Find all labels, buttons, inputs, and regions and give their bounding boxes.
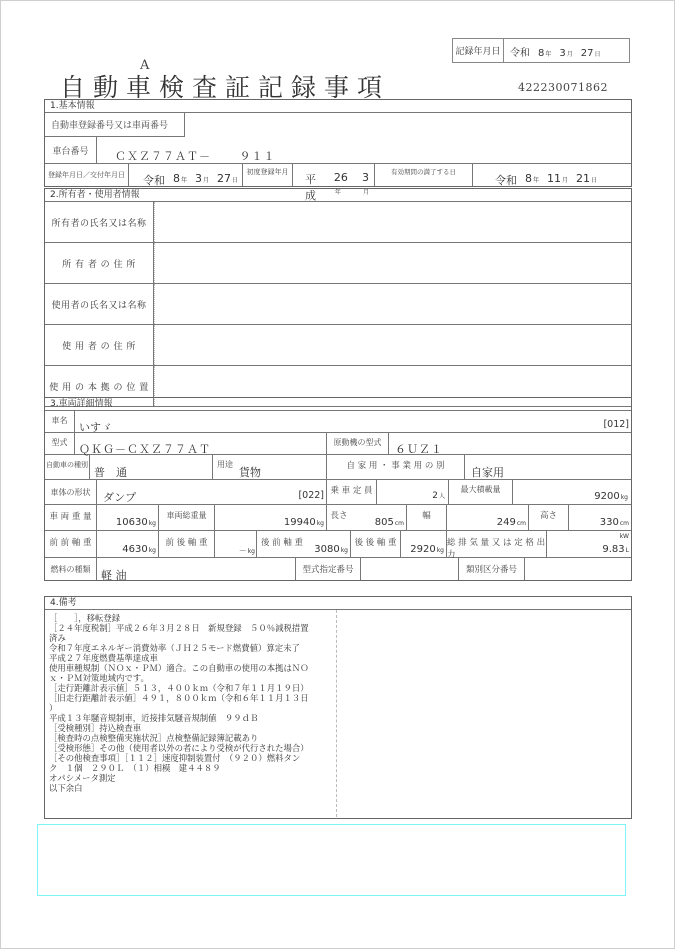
- vehicle-type-row: 自動車の種別 普 通 用途 貨物 自 家 用 ・ 事 業 用 の 別 自家用: [45, 455, 631, 480]
- record-date-label: 記録年月日: [453, 39, 504, 62]
- type-designation-label: 型式指定番号: [295, 558, 361, 580]
- owner-user-label: 所 有 者 の 住 所: [45, 243, 154, 283]
- purpose-label: 用途: [213, 455, 237, 479]
- fr-axle-label: 前 後 軸 重: [159, 531, 215, 557]
- vehicle-weight-value: 10630kg: [97, 505, 159, 530]
- owner-user-label: 使用者の氏名又は名称: [45, 284, 154, 324]
- remarks-line: ［２４年度税制］平成２６年３月２８日 新規登録 ５０％減税措置: [49, 623, 332, 633]
- ff-axle-value: 4630kg: [97, 531, 159, 557]
- remarks-line: ［検査時の点検整備実施状況］点検整備記録簿記載あり: [49, 733, 332, 743]
- first-registration-value: 平成 26年 3月: [293, 164, 375, 186]
- vehicle-type-value: 普 通: [90, 455, 213, 479]
- fuel-row: 燃料の種類 軽 油 型式指定番号 類別区分番号: [45, 558, 631, 580]
- length-label: 長さ: [327, 505, 351, 530]
- remarks-line: 以下余白: [49, 783, 332, 793]
- remarks-line: 済み: [49, 633, 332, 643]
- owner-user-row: 使用者の氏名又は名称: [45, 284, 631, 325]
- remarks-line: オパシメータ測定: [49, 773, 332, 783]
- section-heading: 1.基本情報: [45, 100, 631, 113]
- type-designation-value: [361, 558, 459, 580]
- width-value: 249cm: [447, 505, 529, 530]
- fuel-type-value: 軽 油: [97, 558, 295, 580]
- selection-box: [37, 824, 626, 896]
- rf-axle-label: 後 前 軸 重: [257, 531, 307, 557]
- remarks-line: 使用車種規制（ＮＯｘ・ＰＭ）適合。この自動車の使用の本拠はＮＯ: [49, 663, 332, 673]
- chassis-number-value: ＣＸＺ７７ＡＴ－ ９１１: [97, 137, 631, 163]
- engine-model-value: ６ＵＺ１: [389, 433, 631, 454]
- body-shape-row: 車体の形状 ダンプ [022] 乗 車 定 員 2人 最大積載量 9200kg: [45, 480, 631, 505]
- weight-dimensions-row: 車 両 重 量 10630kg 車両総重量 19940kg 長さ 805cm 幅…: [45, 505, 631, 531]
- vehicle-weight-label: 車 両 重 量: [45, 505, 97, 530]
- registration-date-label: 登録年月日／交付年月日: [45, 164, 129, 186]
- displacement-label: 総 排 気 量 又 は 定 格 出 力: [447, 531, 547, 557]
- owner-user-value: [154, 284, 631, 324]
- registration-number-label: 自動車登録番号又は車両番号: [45, 113, 185, 137]
- section-remarks: 4.備考 ［ ］，移転登録［２４年度税制］平成２６年３月２８日 新規登録 ５０％…: [44, 596, 632, 819]
- remarks-line: ［受検形態］その他（使用者以外の者により受検が代行された場合）: [49, 743, 332, 753]
- remarks-line: 令和７年度エネルギー消費効率（ＪＨ２５モード燃費値）算定未了: [49, 643, 332, 653]
- owner-user-row: 使 用 者 の 住 所: [45, 325, 631, 366]
- remarks-line: ［旧走行距離計表示値］４９１，８００ｋｍ（令和６年１１月１３日: [49, 693, 332, 703]
- car-name-value: いすゞ [012]: [75, 411, 631, 432]
- fr-axle-value: －kg: [215, 531, 257, 557]
- remarks-line: ）: [49, 703, 332, 713]
- purpose-value: 貨物: [237, 455, 327, 479]
- dates-row: 登録年月日／交付年月日 令和 8年 3月 27日 初度登録年月 平成 26年 3…: [45, 164, 631, 186]
- expiry-date-value: 令和 8年 11月 21日: [473, 164, 631, 186]
- first-registration-label: 初度登録年月: [243, 164, 293, 186]
- owner-user-row: 所有者の氏名又は名称: [45, 202, 631, 243]
- remarks-line: ［その他検査事項］［１１２］速度抑制装置付 （９２０）燃料タン: [49, 753, 332, 763]
- registration-number-value: [185, 113, 631, 137]
- chassis-number-label: 車台番号: [45, 137, 97, 163]
- owner-user-value: [154, 325, 631, 365]
- record-date-day: 27日: [581, 48, 601, 59]
- body-shape: ダンプ: [103, 491, 136, 504]
- fuel-type-label: 燃料の種類: [45, 558, 97, 580]
- private-business-value: 自家用: [465, 455, 631, 479]
- car-name-row: 車名 いすゞ [012]: [45, 411, 631, 433]
- car-name-label: 車名: [45, 411, 75, 432]
- ff-axle-label: 前 前 軸 重: [45, 531, 97, 557]
- height-label: 高さ: [529, 505, 569, 530]
- model-label: 型式: [45, 433, 75, 454]
- height-value: 330cm: [569, 505, 631, 530]
- record-date-year: 8年: [538, 48, 551, 59]
- section-heading: 3.車両詳細情報: [45, 398, 631, 411]
- owner-user-label: 使 用 者 の 住 所: [45, 325, 154, 365]
- registration-date-value: 令和 8年 3月 27日: [129, 164, 243, 186]
- owner-user-row: 所 有 者 の 住 所: [45, 243, 631, 284]
- remarks-line: 平成２７年度燃費基準達成車: [49, 653, 332, 663]
- remarks-line: ［受検種別］持込検査車: [49, 723, 332, 733]
- owner-user-value: [154, 243, 631, 283]
- max-load-value: 9200kg: [513, 480, 631, 504]
- kw-unit: kW: [620, 533, 629, 540]
- section-heading: 4.備考: [45, 597, 631, 610]
- remarks-line: ｘ・ＰＭ対策地域内です。: [49, 673, 332, 683]
- section-vehicle-details: 3.車両詳細情報 車名 いすゞ [012] 型式 ＱＫＧ－ＣＸＺ７７ＡＴ 原動機…: [44, 397, 632, 581]
- engine-model-label: 原動機の型式: [327, 433, 389, 454]
- rr-axle-value: 2920kg: [401, 531, 447, 557]
- owner-user-value: [154, 202, 631, 242]
- expiry-date-label: 有効期間の満了する日: [375, 164, 473, 186]
- chassis-suffix: ９１１: [240, 150, 276, 163]
- model-row: 型式 ＱＫＧ－ＣＸＺ７７ＡＴ 原動機の型式 ６ＵＺ１: [45, 433, 631, 455]
- body-shape-value: ダンプ [022]: [97, 480, 327, 504]
- owner-user-label: 所有者の氏名又は名称: [45, 202, 154, 242]
- remarks-line: ［走行距離計表示値］５１３，４００ｋｍ（令和７年１１月１９日）: [49, 683, 332, 693]
- document-number: 422230071862: [518, 81, 608, 94]
- length-value: 805cm: [351, 505, 407, 530]
- axle-weight-row: 前 前 軸 重 4630kg 前 後 軸 重 －kg 後 前 軸 重 3080k…: [45, 531, 631, 558]
- record-date-value: 令和 8年 3月 27日: [504, 39, 629, 62]
- section-heading: 2.所有者・使用者情報: [45, 189, 631, 202]
- displacement-value: 9.83L kW: [547, 531, 631, 557]
- private-business-label: 自 家 用 ・ 事 業 用 の 別: [327, 455, 465, 479]
- gross-weight-value: 19940kg: [215, 505, 327, 530]
- model-value: ＱＫＧ－ＣＸＺ７７ＡＴ: [75, 433, 327, 454]
- section-owner-user: 2.所有者・使用者情報 所有者の氏名又は名称所 有 者 の 住 所使用者の氏名又…: [44, 188, 632, 407]
- capacity-label: 乗 車 定 員: [327, 480, 377, 504]
- record-date-month: 3月: [559, 48, 572, 59]
- remarks-line: ク １個 ２９０Ｌ （１）相模 建４４８９: [49, 763, 332, 773]
- owner-user-rows: 所有者の氏名又は名称所 有 者 の 住 所使用者の氏名又は名称使 用 者 の 住…: [45, 202, 631, 407]
- rf-axle-value: 3080kg: [307, 531, 351, 557]
- chassis-number-row: 車台番号 ＣＸＺ７７ＡＴ－ ９１１: [45, 137, 631, 164]
- vehicle-type-label: 自動車の種別: [45, 455, 90, 479]
- body-shape-code: [022]: [298, 490, 324, 501]
- remarks-text: ［ ］，移転登録［２４年度税制］平成２６年３月２８日 新規登録 ５０％減税措置済…: [45, 610, 337, 817]
- remarks-line: ［ ］，移転登録: [49, 613, 332, 623]
- max-load-label: 最大積載量: [449, 480, 513, 504]
- category-number-value: [525, 558, 631, 580]
- rr-axle-label: 後 後 軸 重: [351, 531, 401, 557]
- registration-number-row: 自動車登録番号又は車両番号: [45, 113, 631, 137]
- width-label: 幅: [407, 505, 447, 530]
- category-number-label: 類別区分番号: [459, 558, 525, 580]
- chassis-prefix: ＣＸＺ７７ＡＴ－: [115, 150, 211, 163]
- record-date-box: 記録年月日 令和 8年 3月 27日: [452, 38, 630, 63]
- gross-weight-label: 車両総重量: [159, 505, 215, 530]
- section-basic-info: 1.基本情報 自動車登録番号又は車両番号 車台番号 ＣＸＺ７７ＡＴ－ ９１１ 登…: [44, 99, 632, 187]
- record-date-era: 令和: [510, 44, 530, 59]
- car-name-code: [012]: [603, 419, 629, 430]
- capacity-value: 2人: [377, 480, 449, 504]
- body-shape-label: 車体の形状: [45, 480, 97, 504]
- remarks-line: 平成１３年騒音規制車，近接排気騒音規制値 ９９ｄＢ: [49, 713, 332, 723]
